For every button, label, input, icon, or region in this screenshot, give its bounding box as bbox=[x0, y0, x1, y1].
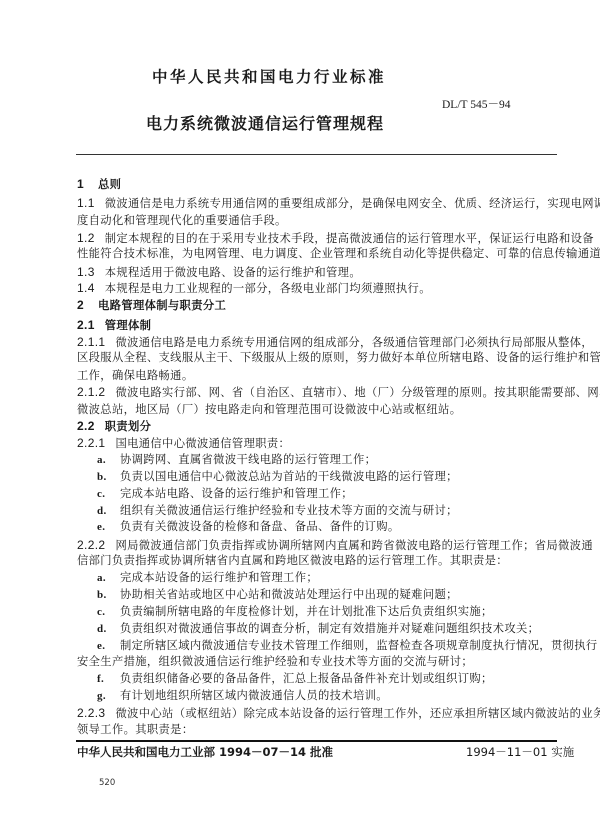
section-heading: 1总则 bbox=[77, 177, 121, 192]
clause-paragraph: 2.2.2网局微波通信部门负责指挥或协调所辖网内直属和跨省微波电路的运行管理工作… bbox=[77, 538, 593, 553]
clause-number: 2.2.2 bbox=[77, 538, 105, 552]
item-letter: c. bbox=[97, 487, 120, 501]
paragraph-continuation: 工作，确保电路畅通。 bbox=[77, 369, 193, 383]
list-item: b.负责以国电通信中心微波总站为首站的干线微波电路的运行管理； bbox=[97, 470, 458, 484]
document-title: 电力系统微波通信运行管理规程 bbox=[146, 111, 384, 134]
paragraph-continuation: 区段服从全程、支线服从主干、下级服从上级的原则，努力做好本单位所辖电路、设备的运… bbox=[77, 351, 600, 365]
line-text: 负责有关微波设备的检修和备盘、备品、备件的订购。 bbox=[120, 520, 400, 533]
clause-number: 2.1.2 bbox=[77, 385, 105, 399]
clause-number: 2 bbox=[77, 298, 84, 312]
line-text: 微波电路实行部、网、省（自治区、直辖市）、地（厂）分级管理的原则。按其职能需要部… bbox=[115, 386, 600, 399]
clause-paragraph: 1.2制定本规程的目的在于采用专业技术手段，提高微波通信的运行管理水平，保证运行… bbox=[77, 231, 594, 246]
list-item: f.负责组织储备必要的备品备件，汇总上报备品备件补充计划或组织订购； bbox=[97, 672, 493, 686]
clause-number: 1.4 bbox=[77, 281, 95, 295]
effective-date: 1994－11－01 实施 bbox=[466, 744, 574, 760]
clause-number: 2.1 bbox=[77, 318, 95, 332]
line-text: 微波总站，地区局（厂）按电路走向和管理范围可设微波中心站或枢纽站。 bbox=[77, 403, 461, 416]
list-item: d.负责组织对微波通信事故的调查分析，制定有效措施并对疑难问题组织技术攻关； bbox=[97, 622, 539, 636]
line-text: 本规程是电力工业规程的一部分，各级电业部门均须遵照执行。 bbox=[105, 282, 431, 295]
item-letter: a. bbox=[97, 453, 120, 467]
line-text: 电路管理体制与职责分工 bbox=[98, 299, 226, 312]
line-text: 管理体制 bbox=[105, 319, 152, 332]
list-item: a.协调跨网、直属省微波干线电路的运行管理工作； bbox=[97, 453, 376, 467]
line-text: 网局微波通信部门负责指挥或协调所辖网内直属和跨省微波电路的运行管理工作；省局微波… bbox=[115, 539, 593, 552]
subsection-heading: 2.1管理体制 bbox=[77, 318, 151, 333]
item-letter: e. bbox=[97, 520, 120, 534]
line-text: 协助相关省站或地区中心站和微波站处理运行中出现的疑难问题； bbox=[120, 588, 458, 601]
item-letter: b. bbox=[97, 470, 120, 484]
header-divider bbox=[76, 154, 557, 155]
paragraph-continuation: 领导工作。其职责是： bbox=[77, 723, 193, 737]
list-item: e.负责有关微波设备的检修和备盘、备品、备件的订购。 bbox=[97, 520, 400, 534]
issuing-organization: 中华人民共和国电力行业标准 bbox=[152, 65, 386, 87]
page-number: 520 bbox=[99, 778, 115, 788]
list-item: c.完成本站电路、设备的运行维护和管理工作； bbox=[97, 487, 353, 501]
clause-paragraph: 2.1.2微波电路实行部、网、省（自治区、直辖市）、地（厂）分级管理的原则。按其… bbox=[77, 385, 600, 400]
clause-paragraph: 2.2.3微波中心站（或枢纽站）除完成本站设备的运行管理工作外，还应承担所辖区域… bbox=[77, 706, 600, 721]
line-text: 度自动化和管理现代化的重要通信手段。 bbox=[77, 214, 287, 227]
clause-paragraph: 1.1微波通信是电力系统专用通信网的重要组成部分，是确保电网安全、优质、经济运行… bbox=[77, 196, 600, 211]
line-text: 微波中心站（或枢纽站）除完成本站设备的运行管理工作外，还应承担所辖区域内微波站的… bbox=[115, 707, 600, 720]
clause-paragraph: 1.4本规程是电力工业规程的一部分，各级电业部门均须遵照执行。 bbox=[77, 281, 431, 296]
clause-number: 2.2 bbox=[77, 419, 95, 433]
line-text: 制定本规程的目的在于采用专业技术手段，提高微波通信的运行管理水平，保证运行电路和… bbox=[105, 232, 594, 245]
line-text: 性能符合技术标准，为电网管理、电力调度、企业管理和系统自动化等提供稳定、可靠的信… bbox=[77, 247, 600, 260]
line-text: 负责编制所辖电路的年度检修计划，并在计划批准下达后负责组织实施； bbox=[120, 605, 493, 618]
clause-paragraph: 2.2.1国电通信中心微波通信管理职责： bbox=[77, 436, 290, 451]
line-text: 有计划地组织所辖区域内微波通信人员的技术培训。 bbox=[120, 689, 388, 702]
line-text: 完成本站电路、设备的运行维护和管理工作； bbox=[120, 487, 353, 500]
item-letter: e. bbox=[97, 639, 120, 653]
item-letter: c. bbox=[97, 605, 120, 619]
clause-number: 2.2.1 bbox=[77, 436, 105, 450]
standard-code: DL/T 545－94 bbox=[442, 96, 510, 112]
line-text: 本规程适用于微波电路、设备的运行维护和管理。 bbox=[105, 266, 361, 279]
paragraph-continuation: 安全生产措施，组织微波通信运行维护经验和专业技术等方面的交流与研讨； bbox=[77, 655, 473, 669]
clause-paragraph: 2.1.1微波通信电路是电力系统专用通信网的组成部分，各级通信管理部门必须执行局… bbox=[77, 335, 593, 350]
line-text: 协调跨网、直属省微波干线电路的运行管理工作； bbox=[120, 453, 376, 466]
clause-number: 1.2 bbox=[77, 231, 95, 245]
line-text: 微波通信电路是电力系统专用通信网的组成部分，各级通信管理部门必须执行局部服从整体… bbox=[115, 336, 593, 349]
paragraph-continuation: 微波总站，地区局（厂）按电路走向和管理范围可设微波中心站或枢纽站。 bbox=[77, 403, 461, 417]
line-text: 总则 bbox=[98, 178, 121, 191]
line-text: 职责划分 bbox=[105, 420, 152, 433]
list-item: d.组织有关微波通信运行维护经验和专业技术等方面的交流与研讨； bbox=[97, 504, 458, 518]
list-item: e.制定所辖区域内微波通信专业技术管理工作细则，监督检查各项规章制度执行情况，贯… bbox=[97, 639, 598, 653]
line-text: 负责组织储备必要的备品备件，汇总上报备品备件补充计划或组织订购； bbox=[120, 672, 493, 685]
list-item: b.协助相关省站或地区中心站和微波站处理运行中出现的疑难问题； bbox=[97, 588, 458, 602]
footer-divider bbox=[76, 740, 557, 742]
paragraph-continuation: 信部门负责指挥或协调所辖省内直属和跨地区微波电路的运行管理工作。其职责是： bbox=[77, 554, 508, 568]
line-text: 负责以国电通信中心微波总站为首站的干线微波电路的运行管理； bbox=[120, 470, 458, 483]
item-letter: f. bbox=[97, 672, 120, 686]
line-text: 制定所辖区域内微波通信专业技术管理工作细则，监督检查各项规章制度执行情况，贯彻执… bbox=[120, 639, 598, 652]
line-text: 微波通信是电力系统专用通信网的重要组成部分，是确保电网安全、优质、经济运行，实现… bbox=[105, 197, 600, 210]
item-letter: g. bbox=[97, 689, 120, 703]
line-text: 信部门负责指挥或协调所辖省内直属和跨地区微波电路的运行管理工作。其职责是： bbox=[77, 554, 508, 567]
clause-number: 2.1.1 bbox=[77, 335, 105, 349]
line-text: 负责组织对微波通信事故的调查分析，制定有效措施并对疑难问题组织技术攻关； bbox=[120, 622, 539, 635]
paragraph-continuation: 度自动化和管理现代化的重要通信手段。 bbox=[77, 214, 287, 228]
item-letter: a. bbox=[97, 571, 120, 585]
line-text: 区段服从全程、支线服从主干、下级服从上级的原则，努力做好本单位所辖电路、设备的运… bbox=[77, 351, 600, 364]
item-letter: d. bbox=[97, 622, 120, 636]
section-heading: 2电路管理体制与职责分工 bbox=[77, 298, 226, 313]
line-text: 国电通信中心微波通信管理职责： bbox=[115, 437, 290, 450]
item-letter: d. bbox=[97, 504, 120, 518]
line-text: 领导工作。其职责是： bbox=[77, 723, 193, 736]
clause-paragraph: 1.3本规程适用于微波电路、设备的运行维护和管理。 bbox=[77, 265, 361, 280]
clause-number: 1 bbox=[77, 177, 84, 191]
approval-statement: 中华人民共和国电力工业部 1994－07－14 批准 bbox=[77, 744, 333, 760]
clause-number: 1.1 bbox=[77, 196, 95, 210]
line-text: 安全生产措施，组织微波通信运行维护经验和专业技术等方面的交流与研讨； bbox=[77, 655, 473, 668]
list-item: a.完成本站设备的运行维护和管理工作； bbox=[97, 571, 318, 585]
subsection-heading: 2.2职责划分 bbox=[77, 419, 151, 434]
line-text: 组织有关微波通信运行维护经验和专业技术等方面的交流与研讨； bbox=[120, 504, 458, 517]
item-letter: b. bbox=[97, 588, 120, 602]
line-text: 工作，确保电路畅通。 bbox=[77, 369, 193, 382]
list-item: g.有计划地组织所辖区域内微波通信人员的技术培训。 bbox=[97, 689, 388, 703]
clause-number: 1.3 bbox=[77, 265, 95, 279]
list-item: c.负责编制所辖电路的年度检修计划，并在计划批准下达后负责组织实施； bbox=[97, 605, 493, 619]
paragraph-continuation: 性能符合技术标准，为电网管理、电力调度、企业管理和系统自动化等提供稳定、可靠的信… bbox=[77, 247, 600, 261]
clause-number: 2.2.3 bbox=[77, 706, 105, 720]
line-text: 完成本站设备的运行维护和管理工作； bbox=[120, 571, 318, 584]
